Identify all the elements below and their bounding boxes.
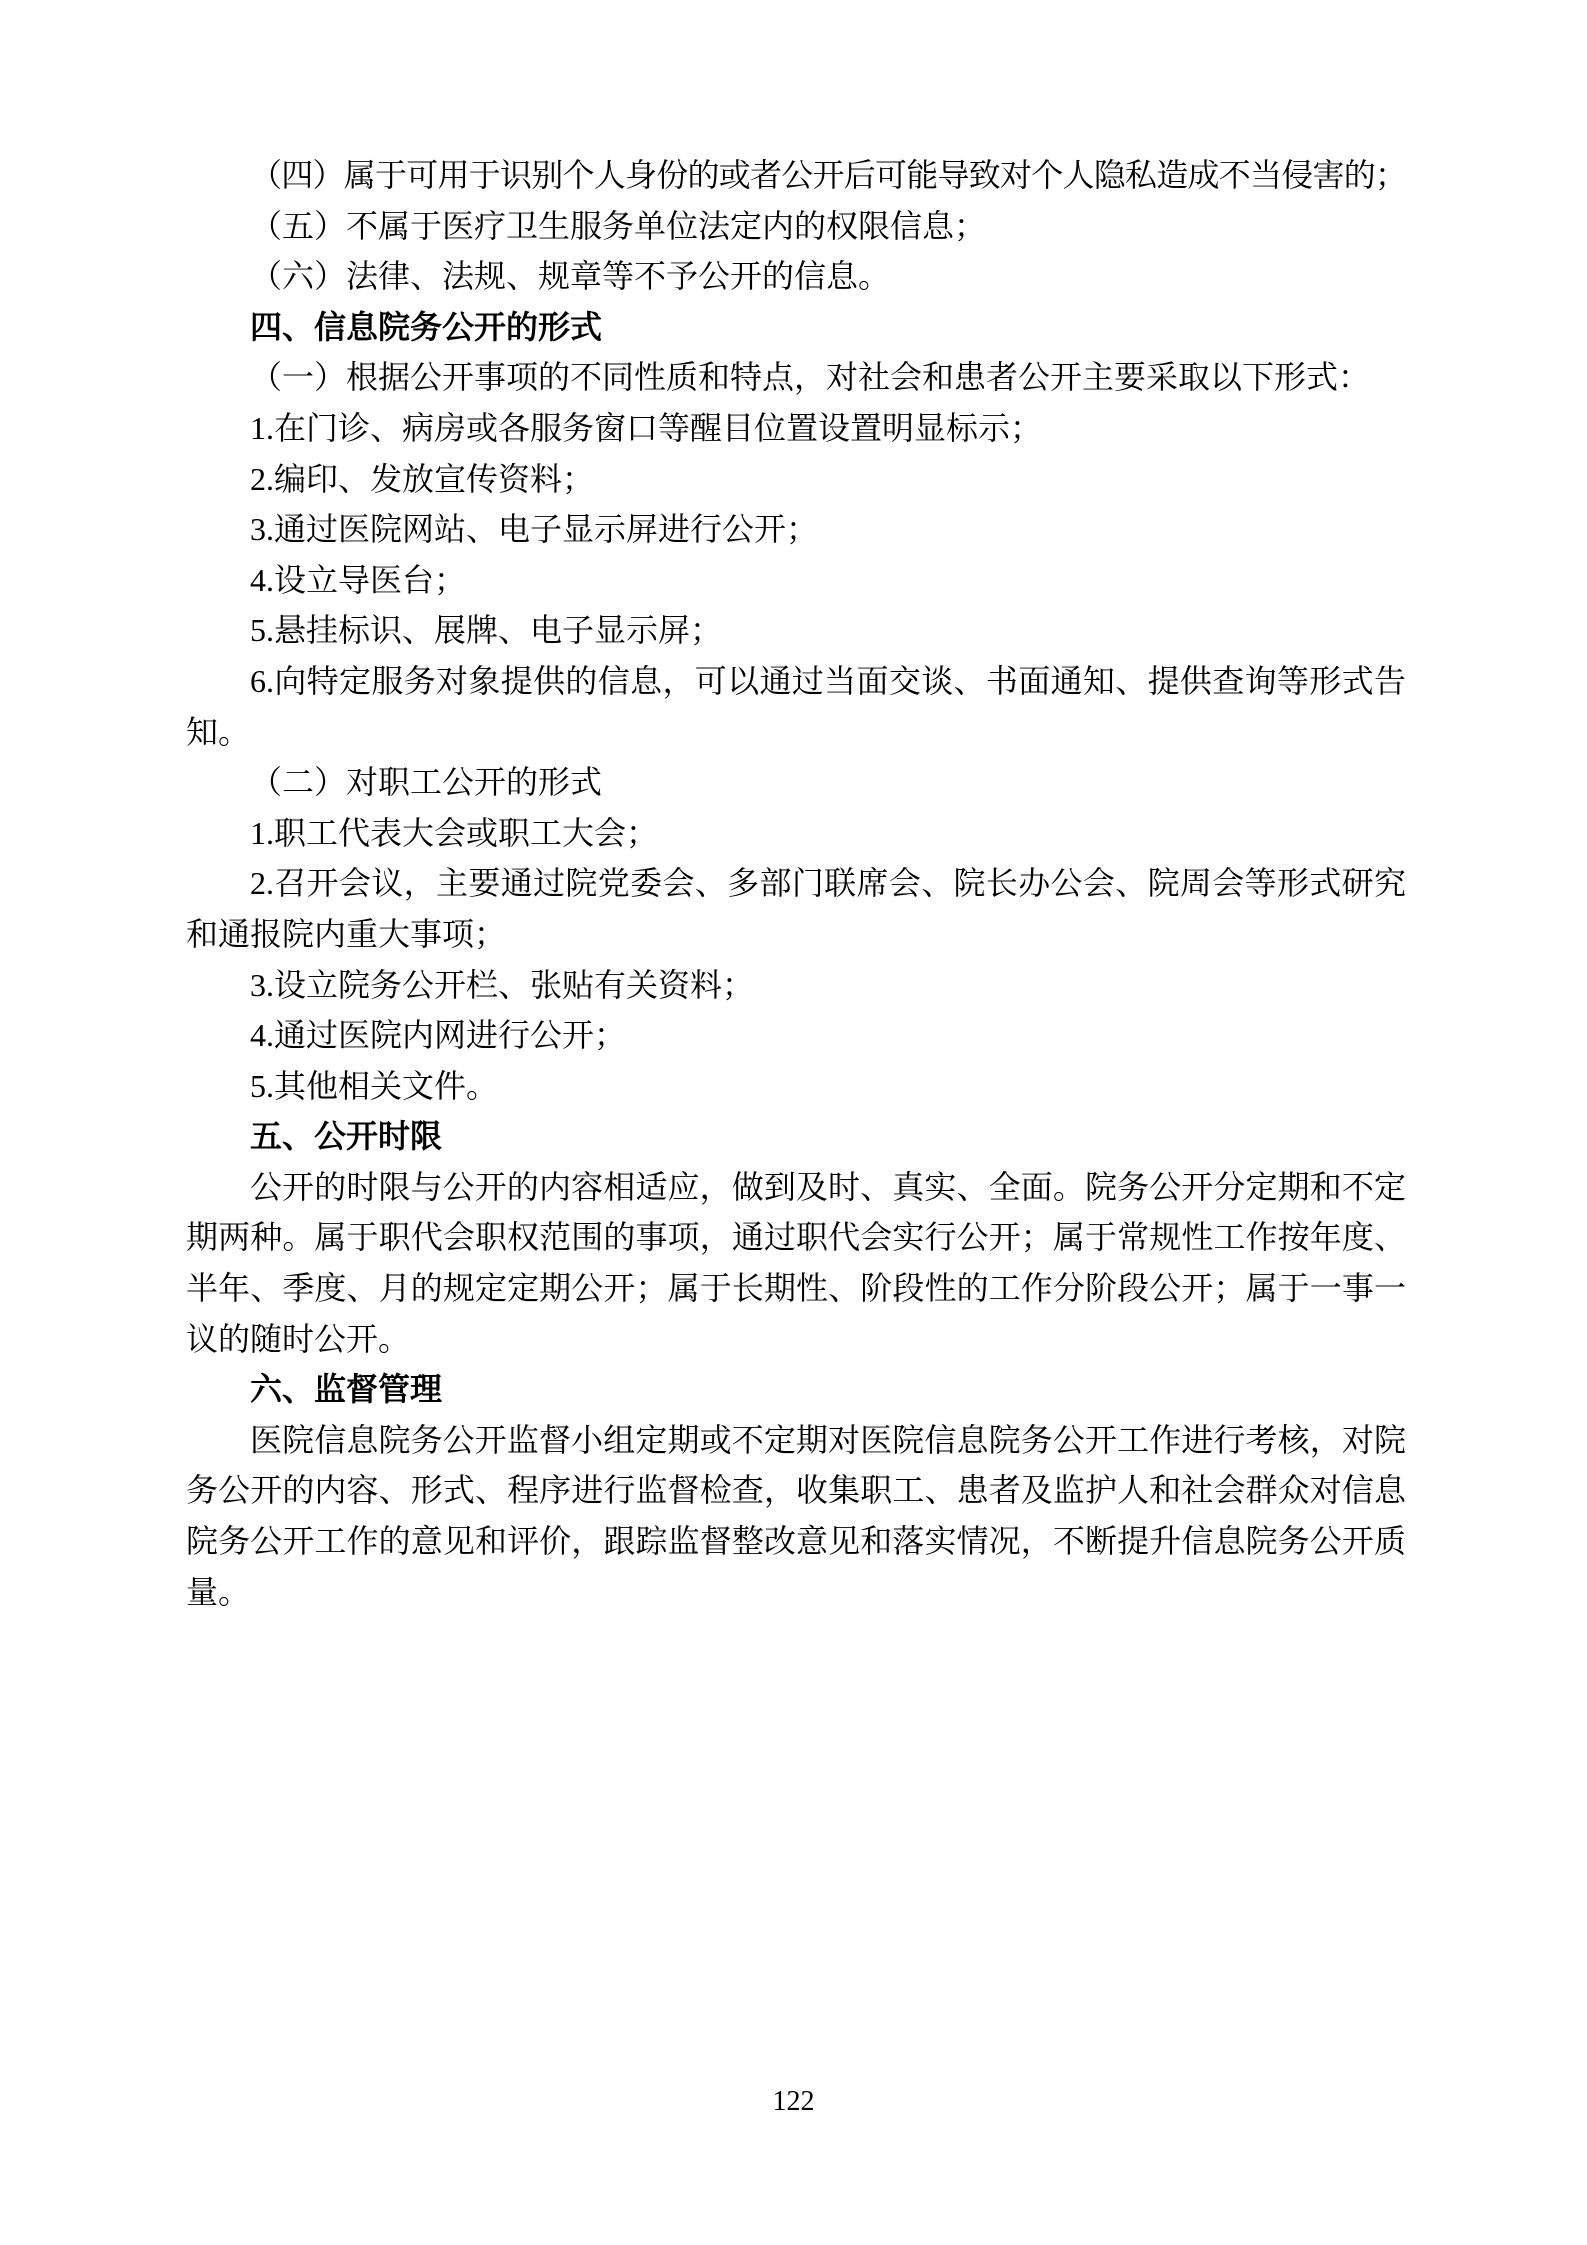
document-text: （四）属于可用于识别个人身份的或者公开后可能导致对个人隐私造成不当侵害的；（五）…: [186, 150, 1406, 1617]
text-line: 4.通过医院内网进行公开；: [186, 1010, 1406, 1061]
text-line: 4.设立导医台；: [186, 555, 1406, 606]
text-line: 医院信息院务公开监督小组定期或不定期对医院信息院务公开工作进行考核，对院: [186, 1415, 1406, 1466]
text-line: 3.设立院务公开栏、张贴有关资料；: [186, 960, 1406, 1011]
text-line: （四）属于可用于识别个人身份的或者公开后可能导致对个人隐私造成不当侵害的；: [186, 150, 1406, 201]
text-line: 半年、季度、月的规定定期公开；属于长期性、阶段性的工作分阶段公开；属于一事一: [186, 1263, 1406, 1314]
text-line: 2.编印、发放宣传资料；: [186, 454, 1406, 505]
text-line: 5.悬挂标识、展牌、电子显示屏；: [186, 605, 1406, 656]
page-number: 122: [0, 2086, 1587, 2118]
text-line: 5.其他相关文件。: [186, 1061, 1406, 1112]
text-line: 院务公开工作的意见和评价，跟踪监督整改意见和落实情况，不断提升信息院务公开质: [186, 1516, 1406, 1567]
text-line: 量。: [186, 1567, 1406, 1618]
text-line: 1.在门诊、病房或各服务窗口等醒目位置设置明显标示；: [186, 403, 1406, 454]
text-line: 和通报院内重大事项；: [186, 909, 1406, 960]
text-line: 1.职工代表大会或职工大会；: [186, 808, 1406, 859]
document-page: （四）属于可用于识别个人身份的或者公开后可能导致对个人隐私造成不当侵害的；（五）…: [0, 0, 1587, 2245]
text-line: 议的随时公开。: [186, 1314, 1406, 1365]
text-line: 2.召开会议，主要通过院党委会、多部门联席会、院长办公会、院周会等形式研究: [186, 858, 1406, 909]
text-line: 期两种。属于职代会职权范围的事项，通过职代会实行公开；属于常规性工作按年度、: [186, 1212, 1406, 1263]
text-line: 务公开的内容、形式、程序进行监督检查，收集职工、患者及监护人和社会群众对信息: [186, 1465, 1406, 1516]
text-line: 知。: [186, 707, 1406, 758]
text-line: （二）对职工公开的形式: [186, 757, 1406, 808]
text-line: 公开的时限与公开的内容相适应，做到及时、真实、全面。院务公开分定期和不定: [186, 1162, 1406, 1213]
text-line: （五）不属于医疗卫生服务单位法定内的权限信息；: [186, 201, 1406, 252]
text-line: （六）法律、法规、规章等不予公开的信息。: [186, 251, 1406, 302]
text-line: 3.通过医院网站、电子显示屏进行公开；: [186, 504, 1406, 555]
text-line: （一）根据公开事项的不同性质和特点，对社会和患者公开主要采取以下形式：: [186, 352, 1406, 403]
section-heading: 五、公开时限: [186, 1111, 1406, 1162]
section-heading: 六、监督管理: [186, 1364, 1406, 1415]
section-heading: 四、信息院务公开的形式: [186, 302, 1406, 353]
text-line: 6.向特定服务对象提供的信息，可以通过当面交谈、书面通知、提供查询等形式告: [186, 656, 1406, 707]
